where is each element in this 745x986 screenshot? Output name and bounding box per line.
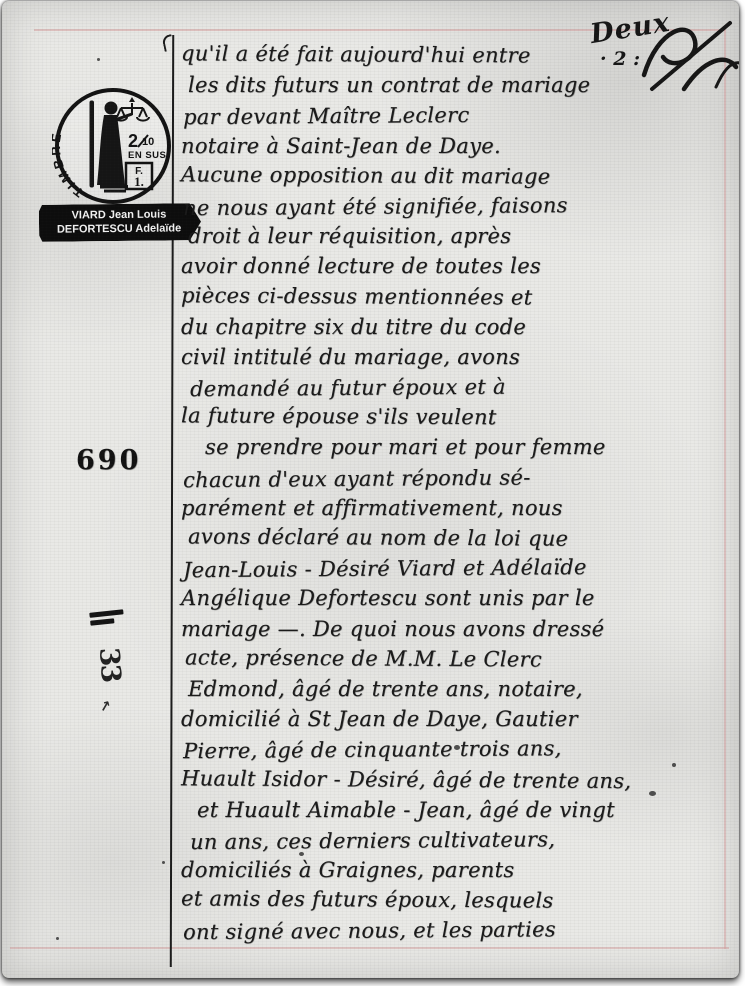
manuscript-line: et amis des futurs époux, lesquels (181, 884, 737, 918)
manuscript-line: Aucune opposition au dit mariage (181, 159, 737, 193)
manuscript-line: Pierre, âgé de cinquante trois ans, (183, 732, 739, 767)
manuscript-line: Edmond, âgé de trente ans, notaire, (188, 674, 737, 704)
side-stamp-arrow-icon: ↑ (96, 697, 114, 717)
manuscript-line: civil intitulé du mariage, avons (181, 342, 737, 372)
act-number: 690 (76, 445, 141, 476)
side-stamp-bar (89, 609, 123, 618)
manuscript-line: parément et affirmativement, nous (181, 493, 737, 523)
register-rule-bottom (10, 947, 729, 949)
manuscript-text-block: qu'il a été fait aujourd'hui entre les d… (181, 40, 737, 946)
seal-rate-denominator: 10 (142, 136, 154, 148)
manuscript-line: la future épouse s'ils veulent (181, 401, 737, 435)
side-stamp-bar (90, 618, 114, 625)
manuscript-line: mariage —. De quoi nous avons dressé (181, 614, 737, 644)
manuscript-line: droit à leur réquisition, après (188, 221, 737, 251)
manuscript-line: demandé au futur époux et à (190, 370, 739, 404)
manuscript-line: un ans, ces derniers cultivateurs, (190, 823, 739, 857)
manuscript-line: avons déclaré au nom de la loi que (188, 521, 737, 555)
scanned-page: Deux · 2 : / TIMBRE (2, 1, 739, 978)
seal-rate-suffix: EN SUS (128, 150, 166, 161)
manuscript-line: par devant Maître Leclerc (183, 98, 739, 133)
seal-rate-numerator: 2 (128, 131, 138, 151)
manuscript-line: acte, présence de M.M. Le Clerc (185, 642, 737, 676)
manuscript-line: ne nous ayant été signifiée, faisons (183, 189, 739, 224)
name-label-bride: DEFORTESCU Adelaïde (47, 221, 191, 237)
seal-value-1: 1. (134, 174, 144, 189)
manuscript-line: les dits futurs un contrat de mariage (188, 70, 737, 100)
manuscript-line: Jean-Louis - Désiré Viard et Adélaïde (183, 551, 739, 586)
manuscript-line: qu'il a été fait aujourd'hui entre (181, 38, 737, 72)
manuscript-line: domiciliés à Graignes, parents (181, 855, 737, 885)
ink-speck (299, 852, 304, 856)
manuscript-line: pièces ci-dessus mentionnées et (181, 280, 737, 314)
manuscript-line: domicilié à St Jean de Daye, Gautier (181, 704, 737, 734)
side-stamp-bars (89, 609, 124, 628)
manuscript-line: Angélique Defortescu sont unis par le (181, 583, 737, 613)
side-stamp-number: 33 (80, 647, 126, 684)
timbre-revenue-seal: TIMBRE 2 10 EN SUS F. (52, 85, 174, 207)
manuscript-line: notaire à Saint-Jean de Daye. (181, 131, 737, 161)
manuscript-line: chacun d'eux ayant répondu sé- (183, 460, 739, 495)
manuscript-line: ont signé avec nous, et les parties (183, 913, 739, 948)
manuscript-line: avoir donné lecture de toutes les (181, 251, 737, 281)
ink-speck (454, 745, 460, 750)
manuscript-line: du chapitre six du titre du code (181, 312, 737, 342)
name-label-tag: VIARD Jean Louis DEFORTESCU Adelaïde (39, 203, 201, 242)
manuscript-line: et Huault Aimable - Jean, âgé de vingt (197, 795, 737, 825)
ink-speck (97, 58, 100, 61)
ink-speck (649, 791, 656, 796)
manuscript-line: se prendre pour mari et pour femme (205, 432, 737, 462)
ink-speck (672, 763, 676, 767)
name-label-groom: VIARD Jean Louis (47, 207, 191, 223)
ink-speck (56, 937, 59, 940)
ink-speck (162, 861, 165, 864)
